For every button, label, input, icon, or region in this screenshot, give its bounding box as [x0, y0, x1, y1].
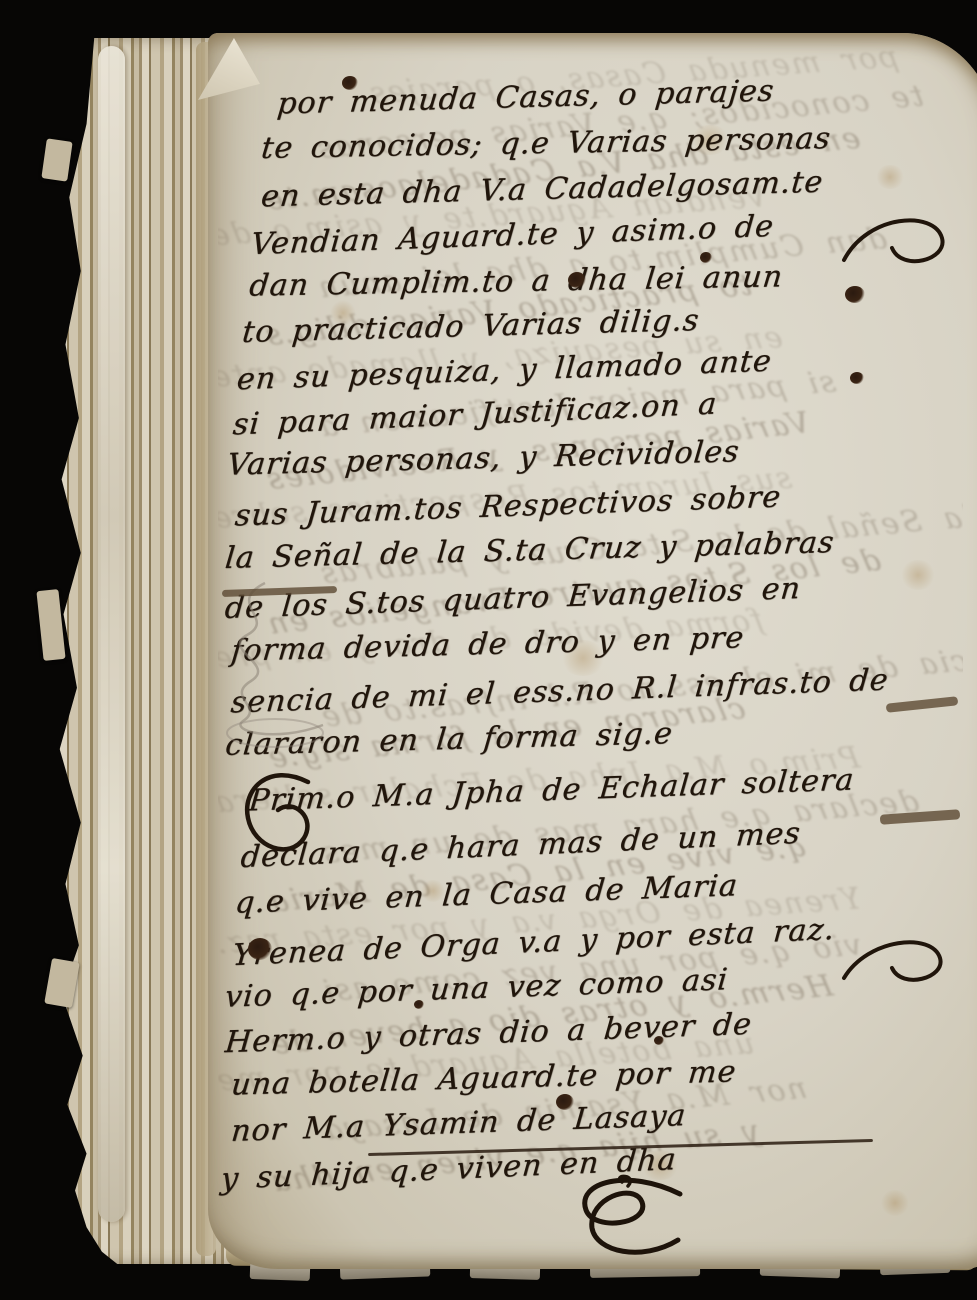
ink-blot — [556, 1094, 574, 1110]
binding-tatter — [41, 138, 72, 181]
paraph-swirl — [838, 208, 958, 278]
ink-blot — [568, 272, 586, 288]
ink-blot — [845, 286, 865, 303]
ink-blot — [850, 372, 864, 384]
ink-blot — [654, 1036, 664, 1045]
foxing-stain — [875, 165, 905, 189]
photograph-canvas: por menuda Casas, o parajeste conocidos;… — [0, 0, 977, 1300]
foxing-stain — [880, 1190, 910, 1216]
initial-flourish — [238, 768, 328, 860]
ink-blot — [700, 252, 712, 263]
margin-scribble — [205, 575, 335, 755]
ink-blot — [414, 1000, 424, 1009]
flourish-rubric — [558, 1176, 693, 1271]
ink-blot — [342, 76, 358, 90]
binding-tatter — [36, 589, 65, 661]
paraph-swirl — [840, 930, 955, 996]
ink-blot — [248, 938, 272, 960]
foxing-stain — [900, 560, 936, 590]
page-edge-band — [98, 46, 125, 1222]
